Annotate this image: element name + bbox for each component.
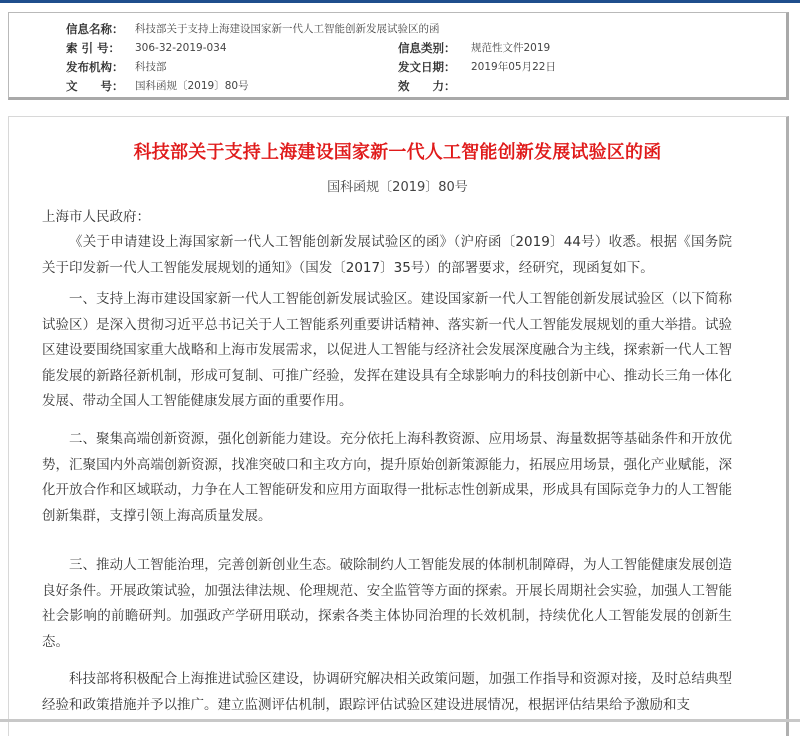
paragraph-section-3: 三、推动人工智能治理，完善创新创业生态。破除制约人工智能发展的体制机制障碍，为人… [42, 553, 732, 655]
info-category-value: 规范性文件2019 [471, 39, 550, 57]
paragraph-closing: 科技部将积极配合上海推进试验区建设，协调研究解决相关政策问题，加强工作指导和资源… [42, 667, 732, 718]
info-category-label: 信息类别： [398, 39, 456, 57]
info-name-label: 信息名称： [66, 20, 124, 38]
info-row-docno: 文 号： 国科函规〔2019〕80号 效 力： [9, 77, 786, 95]
salutation: 上海市人民政府： [42, 205, 150, 225]
paragraph-intro: 《关于申请建设上海国家新一代人工智能创新发展试验区的函》（沪府函〔2019〕44… [42, 230, 732, 281]
info-publisher-label: 发布机构： [66, 58, 124, 76]
info-row-publisher: 发布机构： 科技部 发文日期： 2019年05月22日 [9, 58, 786, 76]
info-index-label: 索 引 号： [66, 39, 120, 57]
document-title: 科技部关于支持上海建设国家新一代人工智能创新发展试验区的函 [9, 138, 786, 164]
top-accent-bar [0, 0, 800, 3]
info-date-value: 2019年05月22日 [471, 58, 556, 76]
info-index-value: 306-32-2019-034 [135, 39, 227, 57]
info-validity-label: 效 力： [398, 77, 456, 95]
info-name-value: 科技部关于支持上海建设国家新一代人工智能创新发展试验区的函 [135, 20, 440, 38]
info-publisher-value: 科技部 [135, 58, 167, 76]
paragraph-section-2: 二、聚集高端创新资源，强化创新能力建设。充分依托上海科教资源、应用场景、海量数据… [42, 427, 732, 529]
document-content-panel: 科技部关于支持上海建设国家新一代人工智能创新发展试验区的函 国科函规〔2019〕… [8, 116, 789, 722]
document-number: 国科函规〔2019〕80号 [9, 176, 786, 195]
paragraph-section-1: 一、支持上海市建设国家新一代人工智能创新发展试验区。建设国家新一代人工智能创新发… [42, 287, 732, 415]
document-info-panel: 信息名称： 科技部关于支持上海建设国家新一代人工智能创新发展试验区的函 索 引 … [8, 12, 789, 100]
info-row-index: 索 引 号： 306-32-2019-034 信息类别： 规范性文件2019 [9, 39, 786, 57]
info-docno-label: 文 号： [66, 77, 124, 95]
info-date-label: 发文日期： [398, 58, 456, 76]
info-row-name: 信息名称： 科技部关于支持上海建设国家新一代人工智能创新发展试验区的函 [9, 20, 786, 38]
info-docno-value: 国科函规〔2019〕80号 [135, 77, 249, 95]
